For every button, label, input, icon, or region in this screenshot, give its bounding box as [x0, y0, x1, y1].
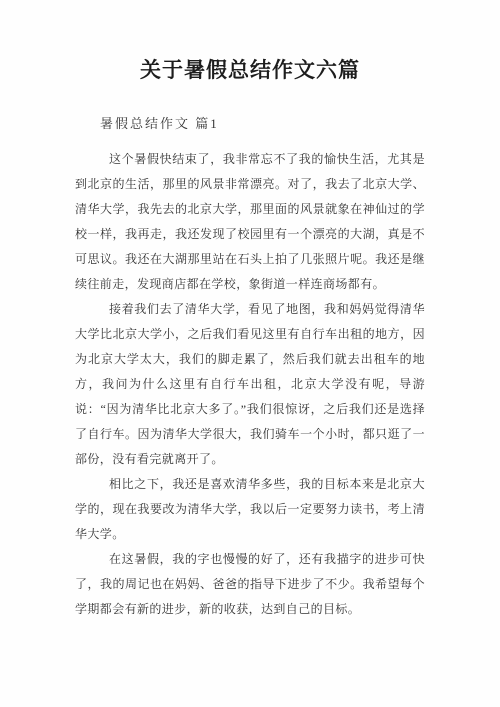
paragraph: 在这暑假，我的字也慢慢的好了，还有我描字的进步可快了，我的周记也在妈妈、爸爸的指…: [75, 547, 425, 622]
paragraph: 接着我们去了清华大学，看见了地图，我和妈妈觉得清华大学比北京大学小，之后我们看见…: [75, 297, 425, 472]
document-body: 这个暑假快结束了，我非常忘不了我的愉快生活，尤其是到北京的生活，那里的风景非常漂…: [75, 147, 425, 622]
document-title: 关于暑假总结作文六篇: [0, 0, 500, 83]
paragraph: 这个暑假快结束了，我非常忘不了我的愉快生活，尤其是到北京的生活，那里的风景非常漂…: [75, 147, 425, 297]
paragraph: 相比之下，我还是喜欢清华多些，我的目标本来是北京大学的，现在我要改为清华大学，我…: [75, 472, 425, 547]
document-page: 关于暑假总结作文六篇 暑假总结作文 篇1 这个暑假快结束了，我非常忘不了我的愉快…: [0, 0, 500, 707]
section-heading: 暑假总结作文 篇1: [100, 117, 500, 131]
